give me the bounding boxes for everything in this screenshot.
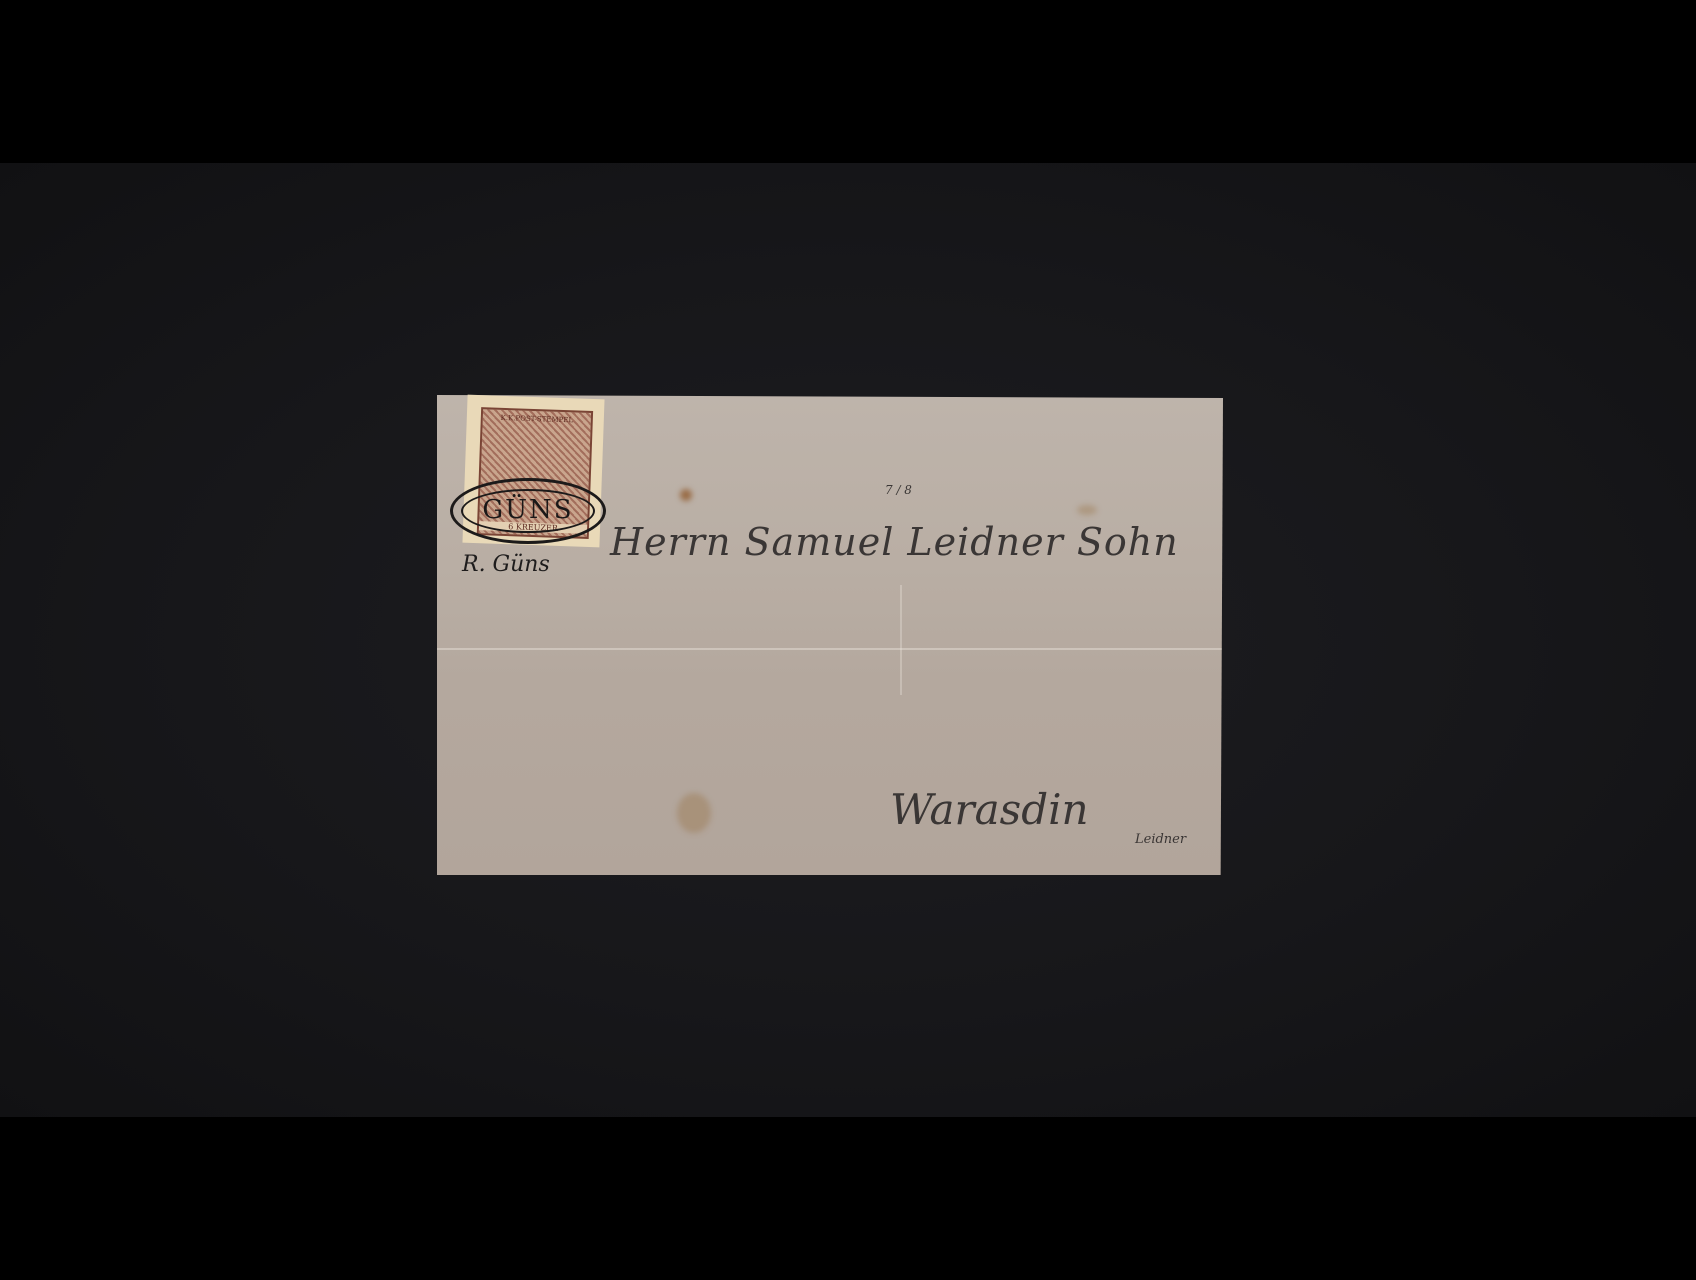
postmark-text: GÜNS <box>453 495 603 525</box>
pencil-marks: 7 / 8 <box>885 483 912 497</box>
letterbox-bottom <box>0 1117 1696 1280</box>
address-line: Herrn Samuel Leidner Sohn <box>610 520 1179 564</box>
postmark-cancel: GÜNS <box>450 478 606 544</box>
fold-line <box>437 648 1223 650</box>
manuscript-mark: R. Güns <box>462 552 550 577</box>
letterbox-top <box>0 0 1696 163</box>
stain <box>1077 505 1097 515</box>
signature-note: Leidner <box>1135 832 1186 847</box>
stain <box>680 489 692 501</box>
stain <box>677 793 711 833</box>
stamp-top-label: K.K.POST-STEMPEL <box>483 413 591 425</box>
crease <box>900 585 902 695</box>
destination: Warasdin <box>890 785 1089 834</box>
